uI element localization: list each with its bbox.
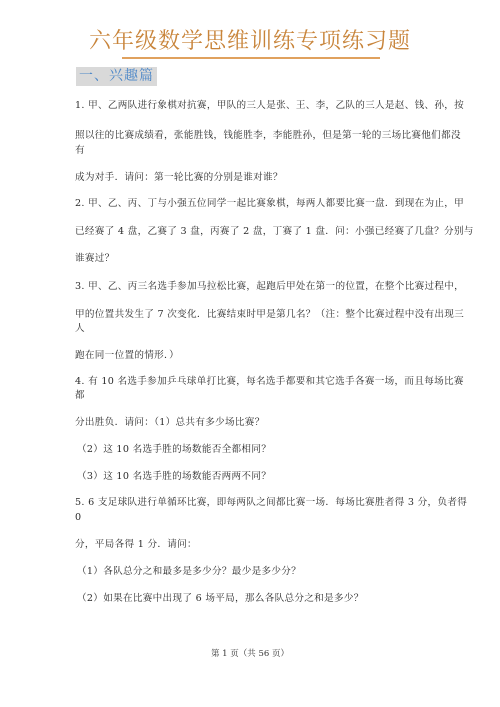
problem-5-line-3: 分，平局各得 1 分．请问：	[75, 539, 197, 551]
problem-4-line-3: 分出胜负．请问：（1）总共有多少场比赛？	[75, 417, 265, 429]
problem-4-line-2: 都	[75, 390, 85, 402]
problem-3-line-2: 甲的位置共发生了 7 次变化．比赛结束时甲是第几名？（注：整个比赛过程中没有出现…	[75, 309, 464, 321]
page-footer: 第 1 页（共 56 页）	[0, 647, 500, 659]
problem-3-line-1: 3. 甲、乙、丙三名选手参加马拉松比赛，起跑后甲处在第一的位置，在整个比赛过程中…	[75, 281, 464, 293]
problem-1-line-4: 成为对手．请问：第一轮比赛的分别是谁对谁？	[75, 172, 283, 184]
problem-3-line-4: 跑在同一位置的情形．）	[75, 350, 179, 362]
problem-2-line-1: 2. 甲、乙、丙、丁与小强五位同学一起比赛象棋，每两人都要比赛一盘．到现在为止，…	[75, 198, 464, 210]
problem-4-line-1: 4. 有 10 名选手参加乒乓球单打比赛，每名选手都要和其它选手各赛一场，而且每…	[75, 376, 464, 388]
page-title: 六年级数学思维训练专项练习题	[0, 30, 500, 54]
problem-5-line-1: 5. 6 支足球队进行单循环比赛，即每两队之间都比赛一场．每场比赛胜者得 3 分…	[75, 497, 467, 509]
section-heading: 一、兴趣篇	[76, 67, 157, 86]
problem-5-subq-2: （2）如果在比赛中出现了 6 场平局，那么各队总分之和是多少？	[77, 593, 364, 605]
problem-5-line-2: 0	[75, 512, 81, 524]
problem-5-subq-1: （1）各队总分之和最多是多少分？最少是多少分？	[77, 566, 301, 578]
problem-2-line-2: 已经赛了 4 盘，乙赛了 3 盘，丙赛了 2 盘，丁赛了 1 盘．问：小强已经赛…	[75, 226, 474, 238]
problem-2-line-3: 谁赛过？	[75, 253, 115, 265]
problem-4-subq-3: （3）这 10 名选手胜的场数能否两两不同？	[77, 471, 271, 483]
problem-3-line-3: 人	[75, 323, 85, 335]
problem-1-line-1: 1. 甲、乙两队进行象棋对抗赛，甲队的三人是张、王、李，乙队的三人是赵、钱、孙，…	[75, 100, 464, 112]
problem-4-subq-2: （2）这 10 名选手胜的场数能否全都相同？	[77, 444, 271, 456]
problem-1-line-2: 照以往的比赛成绩看，张能胜钱，钱能胜李，李能胜孙，但是第一轮的三场比赛他们都没	[75, 130, 461, 142]
title-underline	[122, 57, 380, 59]
problem-1-line-3: 有	[75, 145, 85, 157]
